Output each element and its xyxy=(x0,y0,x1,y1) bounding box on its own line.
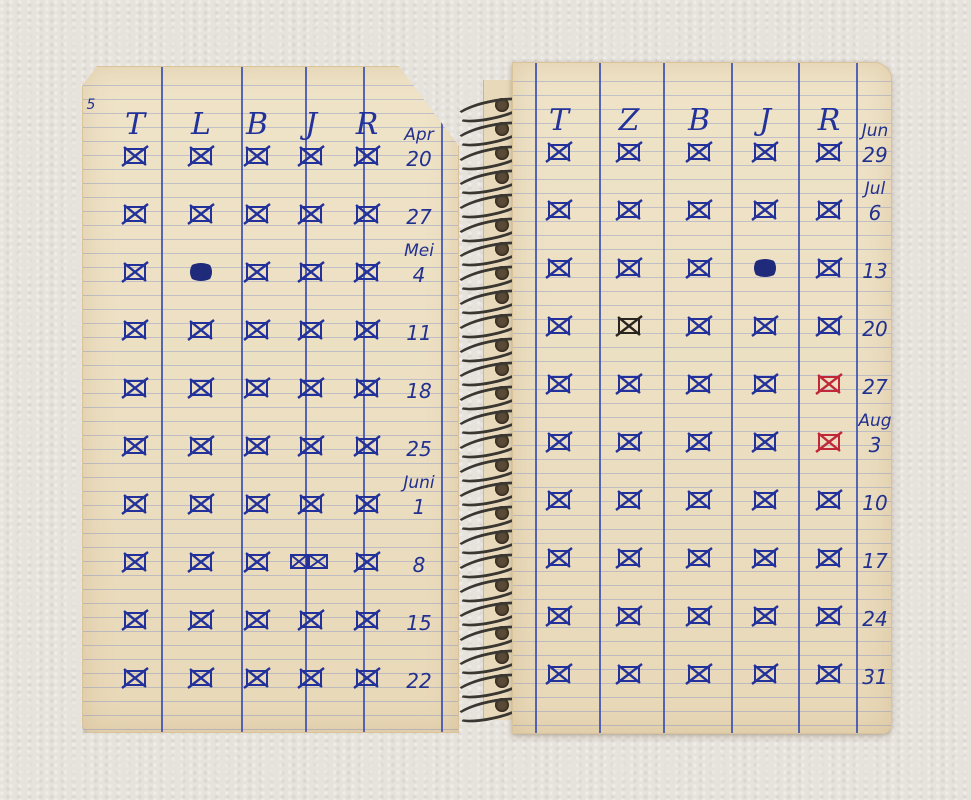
attendance-mark xyxy=(297,551,325,573)
cross-mark-icon xyxy=(685,141,713,163)
attendance-mark xyxy=(615,605,643,627)
attendance-mark xyxy=(187,377,215,399)
ruled-line xyxy=(513,291,891,292)
cross-mark-icon xyxy=(615,663,643,685)
column-header-l: L xyxy=(181,107,221,142)
column-header-t: T xyxy=(115,107,155,142)
cross-mark-icon xyxy=(815,199,843,221)
cross-mark-icon xyxy=(187,609,215,631)
date-label: 6 xyxy=(850,201,900,225)
cross-mark-icon xyxy=(297,377,325,399)
attendance-mark xyxy=(121,493,149,515)
cross-mark-icon xyxy=(615,373,643,395)
attendance-mark xyxy=(243,435,271,457)
cross-mark-icon xyxy=(353,667,381,689)
ruled-line xyxy=(513,725,891,726)
ink-blot-icon xyxy=(751,257,779,279)
cross-mark-icon xyxy=(685,431,713,453)
attendance-mark xyxy=(751,141,779,163)
month-label: Apr xyxy=(389,125,449,145)
attendance-mark xyxy=(297,203,325,225)
attendance-mark xyxy=(121,551,149,573)
cross-mark-icon xyxy=(751,605,779,627)
attendance-mark xyxy=(615,431,643,453)
cross-mark-icon xyxy=(353,609,381,631)
attendance-mark xyxy=(545,141,573,163)
attendance-mark xyxy=(121,145,149,167)
date-label: 15 xyxy=(394,611,444,635)
date-label: 29 xyxy=(850,143,900,167)
attendance-mark xyxy=(751,605,779,627)
cross-mark-icon xyxy=(243,435,271,457)
attendance-mark xyxy=(615,663,643,685)
month-label: Aug xyxy=(845,411,905,431)
attendance-mark xyxy=(353,145,381,167)
date-label: 18 xyxy=(394,379,444,403)
attendance-mark xyxy=(815,605,843,627)
ruled-line xyxy=(513,571,891,572)
attendance-mark xyxy=(615,257,643,279)
attendance-mark xyxy=(353,203,381,225)
ruled-line xyxy=(83,715,458,716)
cross-mark-icon xyxy=(353,551,381,573)
cross-mark-icon xyxy=(685,257,713,279)
cross-mark-icon xyxy=(545,257,573,279)
attendance-mark xyxy=(615,315,643,337)
attendance-mark xyxy=(615,547,643,569)
cross-mark-icon xyxy=(121,261,149,283)
ruled-line xyxy=(513,655,891,656)
ruled-line xyxy=(513,529,891,530)
attendance-mark xyxy=(243,493,271,515)
cross-mark-icon xyxy=(297,493,325,515)
cross-mark-icon xyxy=(751,547,779,569)
attendance-mark xyxy=(815,141,843,163)
cross-mark-icon xyxy=(187,377,215,399)
cross-mark-icon xyxy=(297,203,325,225)
column-header-r: R xyxy=(347,107,387,142)
cross-mark-icon xyxy=(615,315,643,337)
column-header-b: B xyxy=(237,107,277,142)
ruled-line xyxy=(83,533,458,534)
attendance-mark xyxy=(751,257,779,279)
attendance-mark xyxy=(243,609,271,631)
attendance-mark xyxy=(243,377,271,399)
cross-mark-icon xyxy=(545,605,573,627)
attendance-mark xyxy=(815,431,843,453)
attendance-mark xyxy=(187,319,215,341)
attendance-mark xyxy=(545,489,573,511)
cross-mark-icon xyxy=(685,663,713,685)
attendance-mark xyxy=(815,663,843,685)
cross-mark-icon xyxy=(685,605,713,627)
cross-mark-icon xyxy=(187,145,215,167)
attendance-mark xyxy=(545,547,573,569)
cross-mark-icon xyxy=(615,141,643,163)
cross-mark-icon xyxy=(121,203,149,225)
attendance-mark xyxy=(187,551,215,573)
cross-mark-icon xyxy=(297,609,325,631)
column-rule xyxy=(798,63,800,733)
cross-mark-icon xyxy=(297,667,325,689)
ruled-line xyxy=(513,417,891,418)
ruled-line xyxy=(513,249,891,250)
attendance-mark xyxy=(751,489,779,511)
cross-mark-icon xyxy=(243,609,271,631)
attendance-mark xyxy=(187,609,215,631)
attendance-mark xyxy=(615,141,643,163)
ruled-line xyxy=(83,603,458,604)
attendance-mark xyxy=(121,203,149,225)
cross-mark-icon xyxy=(815,547,843,569)
attendance-mark xyxy=(121,377,149,399)
cross-mark-icon xyxy=(815,489,843,511)
attendance-mark xyxy=(815,489,843,511)
column-header-b: B xyxy=(679,103,719,138)
cross-mark-icon xyxy=(815,315,843,337)
attendance-mark xyxy=(243,551,271,573)
cross-mark-icon xyxy=(815,257,843,279)
cross-mark-icon xyxy=(751,663,779,685)
cross-mark-icon xyxy=(243,377,271,399)
attendance-mark xyxy=(187,145,215,167)
cross-mark-icon xyxy=(353,203,381,225)
attendance-mark xyxy=(297,435,325,457)
date-label: 3 xyxy=(850,433,900,457)
cross-mark-icon xyxy=(297,145,325,167)
ruled-line xyxy=(513,585,891,586)
attendance-mark xyxy=(751,373,779,395)
cross-mark-icon xyxy=(243,203,271,225)
attendance-mark xyxy=(685,199,713,221)
attendance-mark xyxy=(685,663,713,685)
cross-mark-icon xyxy=(545,663,573,685)
attendance-mark xyxy=(751,315,779,337)
ruled-line xyxy=(83,365,458,366)
attendance-mark xyxy=(297,319,325,341)
cross-mark-icon xyxy=(545,315,573,337)
attendance-mark xyxy=(297,493,325,515)
attendance-mark xyxy=(297,609,325,631)
attendance-mark xyxy=(615,489,643,511)
attendance-mark xyxy=(545,199,573,221)
ruled-line xyxy=(513,697,891,698)
ruled-line xyxy=(83,351,458,352)
cross-mark-icon xyxy=(353,377,381,399)
attendance-mark xyxy=(545,257,573,279)
ruled-line xyxy=(513,487,891,488)
column-header-t: T xyxy=(539,103,579,138)
ruled-line xyxy=(513,165,891,166)
date-label: 27 xyxy=(850,375,900,399)
attendance-mark xyxy=(815,373,843,395)
cross-mark-icon xyxy=(815,141,843,163)
ruled-line xyxy=(83,547,458,548)
cross-mark-icon xyxy=(615,199,643,221)
ruled-line xyxy=(83,99,458,100)
ruled-line xyxy=(83,463,458,464)
cross-mark-icon xyxy=(121,667,149,689)
date-label: 31 xyxy=(850,665,900,689)
attendance-mark xyxy=(187,261,215,283)
cross-mark-icon xyxy=(545,431,573,453)
column-rule xyxy=(599,63,601,733)
ruled-line xyxy=(513,179,891,180)
cross-mark-icon xyxy=(353,319,381,341)
cross-mark-icon xyxy=(685,489,713,511)
cross-mark-icon xyxy=(685,199,713,221)
attendance-mark xyxy=(353,551,381,573)
month-label: Juni xyxy=(389,473,449,493)
attendance-mark xyxy=(121,435,149,457)
ruled-line xyxy=(513,543,891,544)
date-label: 20 xyxy=(394,147,444,171)
ruled-line xyxy=(513,235,891,236)
attendance-mark xyxy=(353,377,381,399)
attendance-mark xyxy=(685,373,713,395)
column-header-z: Z xyxy=(609,103,649,138)
ruled-line xyxy=(513,599,891,600)
ruled-line xyxy=(513,515,891,516)
ruled-line xyxy=(513,95,891,96)
cross-mark-icon xyxy=(353,435,381,457)
date-label: 11 xyxy=(394,321,444,345)
column-rule xyxy=(731,63,733,733)
attendance-mark xyxy=(545,605,573,627)
cross-mark-icon xyxy=(545,373,573,395)
cross-mark-icon xyxy=(121,145,149,167)
cross-mark-icon xyxy=(297,435,325,457)
attendance-mark xyxy=(243,261,271,283)
cross-mark-icon xyxy=(353,261,381,283)
attendance-mark xyxy=(545,315,573,337)
attendance-mark xyxy=(187,435,215,457)
cross-mark-icon xyxy=(545,141,573,163)
attendance-mark xyxy=(297,377,325,399)
ruled-line xyxy=(83,309,458,310)
attendance-mark xyxy=(815,257,843,279)
cross-mark-icon xyxy=(751,489,779,511)
attendance-mark xyxy=(815,547,843,569)
cross-mark-icon xyxy=(815,431,843,453)
attendance-mark xyxy=(353,319,381,341)
column-rule xyxy=(161,67,163,732)
left-page: TLBJR5Apr2027Mei4111825Juni181522 xyxy=(82,66,459,733)
cross-mark-icon xyxy=(615,257,643,279)
cross-mark-icon xyxy=(751,315,779,337)
ruled-line xyxy=(83,519,458,520)
attendance-mark xyxy=(297,261,325,283)
attendance-mark xyxy=(353,435,381,457)
cross-mark-icon xyxy=(187,667,215,689)
cross-mark-icon xyxy=(187,319,215,341)
ruled-line xyxy=(513,193,891,194)
attendance-mark xyxy=(815,199,843,221)
ruled-line xyxy=(83,701,458,702)
cross-mark-icon xyxy=(121,319,149,341)
cross-mark-icon xyxy=(545,489,573,511)
cross-mark-icon xyxy=(615,489,643,511)
cross-mark-icon xyxy=(685,315,713,337)
cross-mark-icon xyxy=(187,551,215,573)
cross-mark-icon xyxy=(243,319,271,341)
attendance-mark xyxy=(243,667,271,689)
attendance-mark xyxy=(685,257,713,279)
attendance-mark xyxy=(685,489,713,511)
cross-mark-icon xyxy=(243,551,271,573)
date-label: 10 xyxy=(850,491,900,515)
cross-mark-icon xyxy=(297,319,325,341)
ruled-line xyxy=(83,729,458,730)
ruled-line xyxy=(83,589,458,590)
ruled-line xyxy=(83,421,458,422)
attendance-mark xyxy=(243,203,271,225)
cross-mark-icon xyxy=(243,145,271,167)
cross-mark-icon xyxy=(751,141,779,163)
attendance-mark xyxy=(751,547,779,569)
attendance-mark xyxy=(187,493,215,515)
cross-mark-icon xyxy=(121,435,149,457)
ruled-line xyxy=(513,305,891,306)
attendance-mark xyxy=(297,667,325,689)
attendance-mark xyxy=(685,141,713,163)
date-label: 4 xyxy=(394,263,444,287)
date-label: 25 xyxy=(394,437,444,461)
ink-blot-icon xyxy=(187,261,215,283)
ruled-line xyxy=(83,85,458,86)
attendance-mark xyxy=(545,431,573,453)
cross-mark-icon xyxy=(685,373,713,395)
cross-mark-icon xyxy=(187,493,215,515)
ruled-line xyxy=(513,347,891,348)
ruled-line xyxy=(83,407,458,408)
date-label: 1 xyxy=(394,495,444,519)
cross-mark-icon xyxy=(121,551,149,573)
cross-mark-icon xyxy=(545,547,573,569)
attendance-mark xyxy=(353,609,381,631)
attendance-mark xyxy=(815,315,843,337)
ruled-line xyxy=(513,473,891,474)
cross-mark-icon xyxy=(751,431,779,453)
column-rule xyxy=(535,63,537,733)
ruled-line xyxy=(513,641,891,642)
attendance-mark xyxy=(243,145,271,167)
ruled-line xyxy=(513,711,891,712)
ruled-line xyxy=(83,659,458,660)
cross-mark-icon xyxy=(187,435,215,457)
cross-mark-icon xyxy=(815,663,843,685)
column-header-j: J xyxy=(745,103,785,138)
month-label: Jun xyxy=(845,121,905,141)
ruled-line xyxy=(513,403,891,404)
cross-mark-icon xyxy=(615,605,643,627)
attendance-mark xyxy=(187,667,215,689)
date-label: 27 xyxy=(394,205,444,229)
corner-note: 5 xyxy=(61,97,121,113)
cross-mark-icon xyxy=(751,373,779,395)
attendance-mark xyxy=(685,431,713,453)
ruled-line xyxy=(513,361,891,362)
attendance-mark xyxy=(121,667,149,689)
date-label: 8 xyxy=(394,553,444,577)
ruled-line xyxy=(513,221,891,222)
cross-mark-icon xyxy=(187,203,215,225)
attendance-mark xyxy=(297,145,325,167)
column-rule xyxy=(663,63,665,733)
date-label: 17 xyxy=(850,549,900,573)
date-label: 20 xyxy=(850,317,900,341)
ruled-line xyxy=(513,81,891,82)
cross-mark-icon xyxy=(297,551,325,573)
cross-mark-icon xyxy=(243,667,271,689)
cross-mark-icon xyxy=(615,547,643,569)
date-label: 22 xyxy=(394,669,444,693)
column-header-r: R xyxy=(809,103,849,138)
attendance-mark xyxy=(615,199,643,221)
attendance-mark xyxy=(685,315,713,337)
cross-mark-icon xyxy=(815,373,843,395)
cross-mark-icon xyxy=(121,377,149,399)
attendance-mark xyxy=(751,663,779,685)
month-label: Jul xyxy=(845,179,905,199)
attendance-mark xyxy=(121,261,149,283)
cross-mark-icon xyxy=(615,431,643,453)
attendance-mark xyxy=(187,203,215,225)
month-label: Mei xyxy=(389,241,449,261)
cross-mark-icon xyxy=(353,493,381,515)
attendance-mark xyxy=(545,373,573,395)
cross-mark-icon xyxy=(121,609,149,631)
cross-mark-icon xyxy=(751,199,779,221)
cross-mark-icon xyxy=(815,605,843,627)
cross-mark-icon xyxy=(353,145,381,167)
cross-mark-icon xyxy=(297,261,325,283)
attendance-mark xyxy=(353,667,381,689)
cross-mark-icon xyxy=(243,261,271,283)
attendance-mark xyxy=(751,431,779,453)
right-page: TZBJRJun29Jul6132027Aug310172431 xyxy=(512,62,892,734)
cross-mark-icon xyxy=(545,199,573,221)
attendance-mark xyxy=(353,261,381,283)
cross-mark-icon xyxy=(685,547,713,569)
column-header-j: J xyxy=(291,107,331,142)
attendance-mark xyxy=(751,199,779,221)
ruled-line xyxy=(83,239,458,240)
attendance-mark xyxy=(353,493,381,515)
attendance-mark xyxy=(685,547,713,569)
ruled-line xyxy=(513,627,891,628)
date-label: 13 xyxy=(850,259,900,283)
ruled-line xyxy=(83,295,458,296)
ruled-line xyxy=(83,183,458,184)
ruled-line xyxy=(83,197,458,198)
attendance-mark xyxy=(121,609,149,631)
cross-mark-icon xyxy=(243,493,271,515)
attendance-mark xyxy=(121,319,149,341)
ruled-line xyxy=(83,645,458,646)
ruled-line xyxy=(513,459,891,460)
attendance-mark xyxy=(615,373,643,395)
attendance-mark xyxy=(243,319,271,341)
attendance-mark xyxy=(545,663,573,685)
cross-mark-icon xyxy=(121,493,149,515)
attendance-mark xyxy=(685,605,713,627)
date-label: 24 xyxy=(850,607,900,631)
